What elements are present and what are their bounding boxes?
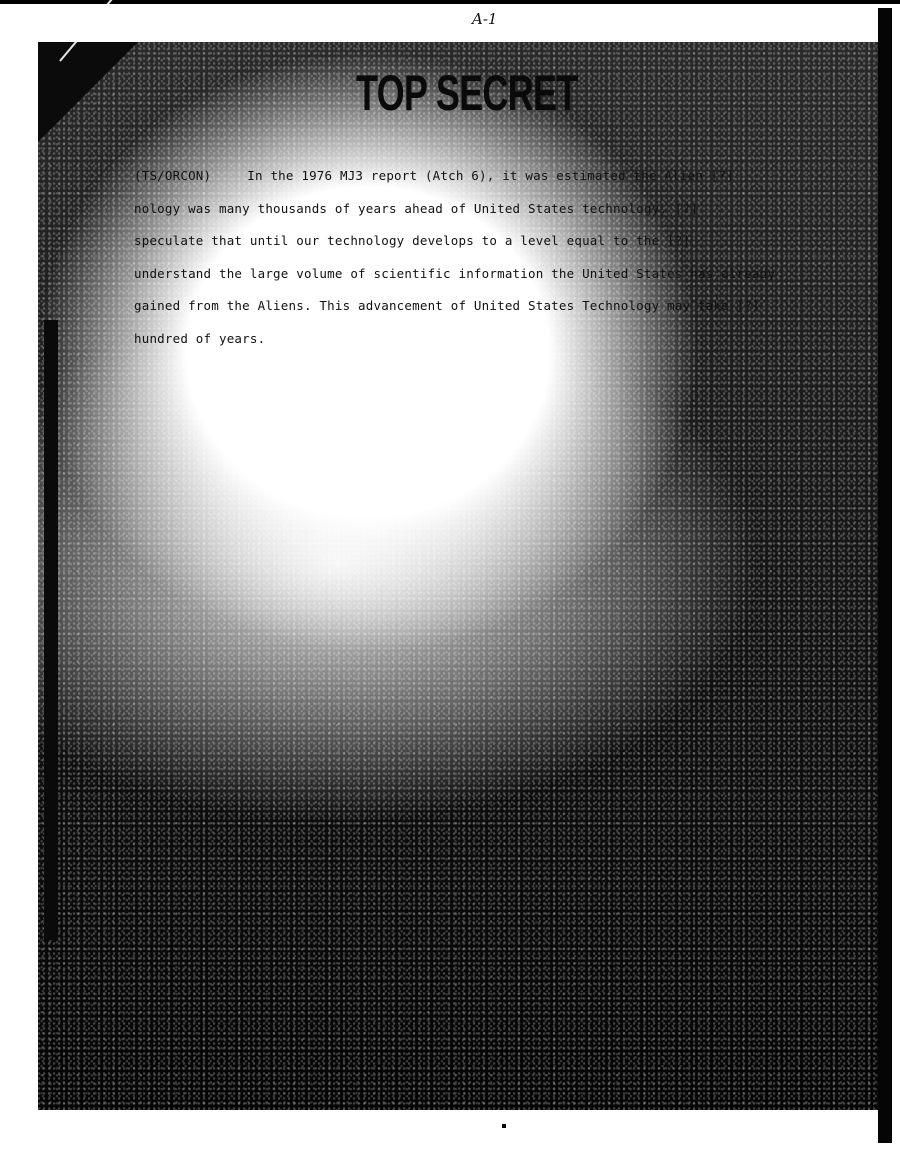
text-line-6: hundred of years. [134,323,834,356]
paragraph-marking: (TS/ORCON) [134,168,211,183]
text-line-1: In the 1976 MJ3 report (Atch 6), it was … [247,168,734,183]
text-line-4: understand the large volume of scientifi… [134,258,834,291]
text-line-5: gained from the Aliens. This advancement… [134,290,834,323]
page-number: A-1 [472,10,497,28]
document-body: (TS/ORCON)In the 1976 MJ3 report (Atch 6… [134,160,834,355]
text-line: (TS/ORCON)In the 1976 MJ3 report (Atch 6… [134,160,834,193]
scan-right-edge [878,8,892,1143]
text-line-2: nology was many thousands of years ahead… [134,193,834,226]
classification-header: TOP SECRET [356,64,578,122]
scan-left-shadow [44,320,58,940]
folded-corner [38,42,138,142]
scan-top-border [0,0,900,4]
text-line-3: speculate that until our technology deve… [134,225,834,258]
scan-artifact-dot [502,1124,506,1128]
